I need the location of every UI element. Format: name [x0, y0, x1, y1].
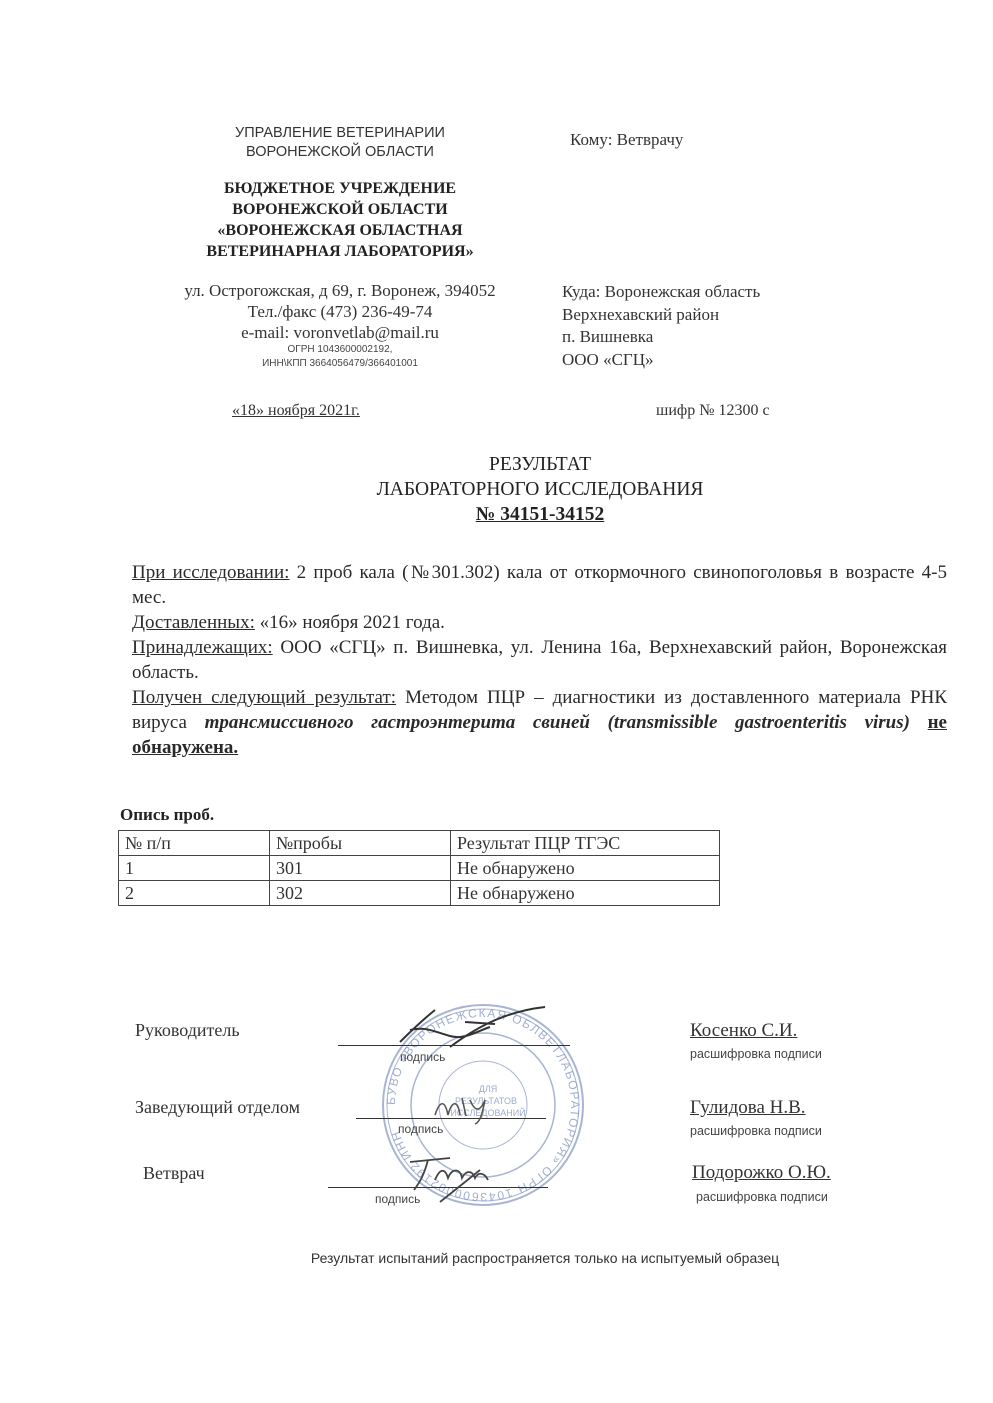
table-header-row: № п/п №пробы Результат ПЦР ТГЭС: [119, 831, 720, 856]
signature-decode-caption: расшифровка подписи: [690, 1047, 822, 1061]
signature-decode-caption: расшифровка подписи: [690, 1124, 822, 1138]
recipient-to: Кому: Ветврачу: [570, 130, 683, 150]
delivered-paragraph: Доставленных: «16» ноября 2021 года.: [132, 610, 947, 635]
organization-line: БЮДЖЕТНОЕ УЧРЕЖДЕНИЕ: [140, 178, 540, 199]
destination-line: Куда: Воронежская область: [562, 281, 760, 304]
recipient-destination: Куда: Воронежская область Верхнехавский …: [562, 281, 760, 371]
table-cell: Не обнаружено: [451, 856, 720, 881]
ogrn: ОГРН 1043600002192,: [130, 343, 550, 357]
research-paragraph: При исследовании: 2 проб кала (№301.302)…: [132, 560, 947, 610]
signer-name: Гулидова Н.В.: [690, 1097, 806, 1119]
table-row: 1 301 Не обнаружено: [119, 856, 720, 881]
email: e-mail: voronvetlab@mail.ru: [130, 322, 550, 343]
organization-line: ВОРОНЕЖСКОЙ ОБЛАСТИ: [140, 199, 540, 220]
result-number: № 34151-34152: [476, 504, 604, 525]
table-cell: Не обнаружено: [451, 881, 720, 906]
footer-disclaimer: Результат испытаний распространяется тол…: [260, 1250, 830, 1266]
destination-line: п. Вишневка: [562, 326, 760, 349]
owner-paragraph: Принадлежащих: ООО «СГЦ» п. Вишневка, ул…: [132, 635, 947, 685]
column-header: №пробы: [270, 831, 451, 856]
phone: Тел./факс (473) 236-49-74: [130, 301, 550, 322]
result-label: Получен следующий результат:: [132, 687, 396, 708]
organization-name: БЮДЖЕТНОЕ УЧРЕЖДЕНИЕ ВОРОНЕЖСКОЙ ОБЛАСТИ…: [140, 178, 540, 262]
table-row: 2 302 Не обнаружено: [119, 881, 720, 906]
organization-line: «ВОРОНЕЖСКАЯ ОБЛАСТНАЯ: [140, 220, 540, 241]
document-title: РЕЗУЛЬТАТ ЛАБОРАТОРНОГО ИССЛЕДОВАНИЯ № 3…: [300, 452, 780, 527]
column-header: Результат ПЦР ТГЭС: [451, 831, 720, 856]
result-paragraph: Получен следующий результат: Методом ПЦР…: [132, 685, 947, 760]
table-cell: 1: [119, 856, 270, 881]
delivered-text: «16» ноября 2021 года.: [255, 612, 445, 633]
signature-decode-caption: расшифровка подписи: [696, 1190, 828, 1204]
research-label: При исследовании:: [132, 562, 289, 583]
signer-name: Косенко С.И.: [690, 1020, 797, 1042]
destination-line: ООО «СГЦ»: [562, 349, 760, 372]
column-header: № п/п: [119, 831, 270, 856]
table-cell: 302: [270, 881, 451, 906]
signature-scribble-icon: [395, 1002, 555, 1052]
title-line: РЕЗУЛЬТАТ: [300, 452, 780, 477]
owner-label: Принадлежащих:: [132, 637, 273, 658]
organization-contacts: ул. Острогожская, д 69, г. Воронеж, 3940…: [130, 280, 550, 371]
inventory-title: Опись проб.: [120, 805, 214, 825]
cipher-number: шифр № 12300 с: [656, 402, 770, 420]
signature-caption: подпись: [400, 1050, 445, 1064]
department-line: ВОРОНЕЖСКОЙ ОБЛАСТИ: [150, 143, 530, 162]
signature-role: Заведующий отделом: [135, 1097, 300, 1118]
delivered-label: Доставленных:: [132, 612, 255, 633]
address: ул. Острогожская, д 69, г. Воронеж, 3940…: [130, 280, 550, 301]
inventory-table: № п/п №пробы Результат ПЦР ТГЭС 1 301 Не…: [118, 830, 720, 906]
document-date: «18» ноября 2021г.: [232, 402, 360, 420]
destination-line: Верхнехавский район: [562, 304, 760, 327]
signature-caption: подпись: [375, 1192, 420, 1206]
table-cell: 2: [119, 881, 270, 906]
signature-caption: подпись: [398, 1122, 443, 1136]
department-line: УПРАВЛЕНИЕ ВЕТЕРИНАРИИ: [150, 124, 530, 143]
signature-role: Ветврач: [143, 1163, 205, 1184]
department-header: УПРАВЛЕНИЕ ВЕТЕРИНАРИИ ВОРОНЕЖСКОЙ ОБЛАС…: [150, 124, 530, 162]
signature-scribble-icon: [430, 1090, 510, 1125]
signature-role: Руководитель: [135, 1020, 240, 1041]
title-line: ЛАБОРАТОРНОГО ИССЛЕДОВАНИЯ: [300, 477, 780, 502]
signer-name: Подорожко О.Ю.: [692, 1162, 831, 1184]
organization-line: ВЕТЕРИНАРНАЯ ЛАБОРАТОРИЯ»: [140, 241, 540, 262]
inn-kpp: ИНН\КПП 3664056479/366401001: [130, 357, 550, 371]
table-cell: 301: [270, 856, 451, 881]
virus-name: трансмиссивного гастроэнтерита свиней (t…: [205, 712, 910, 733]
document-body: При исследовании: 2 проб кала (№301.302)…: [132, 560, 947, 760]
